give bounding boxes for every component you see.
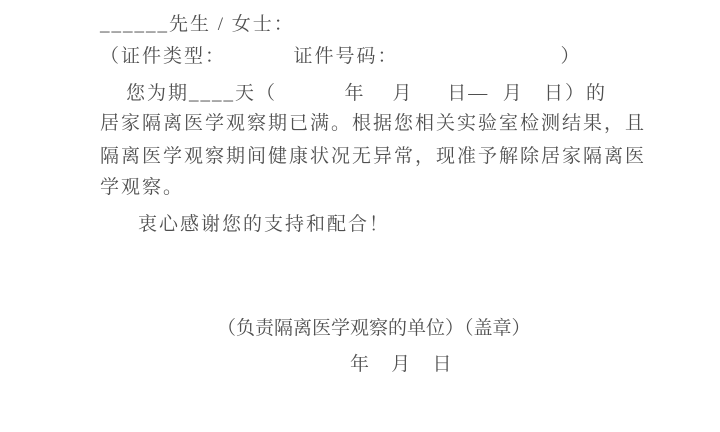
date-line: 年 月 日 [350, 355, 454, 374]
credential-type-number-line: （证件类型： 证件号码： ） [100, 47, 582, 66]
quarantine-release-notice-document: ______先生 / 女士： （证件类型： 证件号码： ） 您为期____天（ … [0, 0, 720, 432]
body-line-observation-complete: 居家隔离医学观察期已满。根据您相关实验室检测结果，且 [100, 114, 646, 133]
body-line-health-status: 隔离医学观察期间健康状况无异常，现准予解除居家隔离医 [100, 147, 646, 166]
body-line-duration-dates: 您为期____天（ 年 月 日— 月 日）的 [126, 84, 607, 103]
signer-unit-seal-line: （负责隔离医学观察的单位）（盖章） [217, 319, 531, 338]
body-line-end: 学观察。 [100, 178, 184, 197]
salutation-line: ______先生 / 女士： [100, 15, 295, 34]
thanks-line: 衷心感谢您的支持和配合！ [138, 215, 390, 234]
